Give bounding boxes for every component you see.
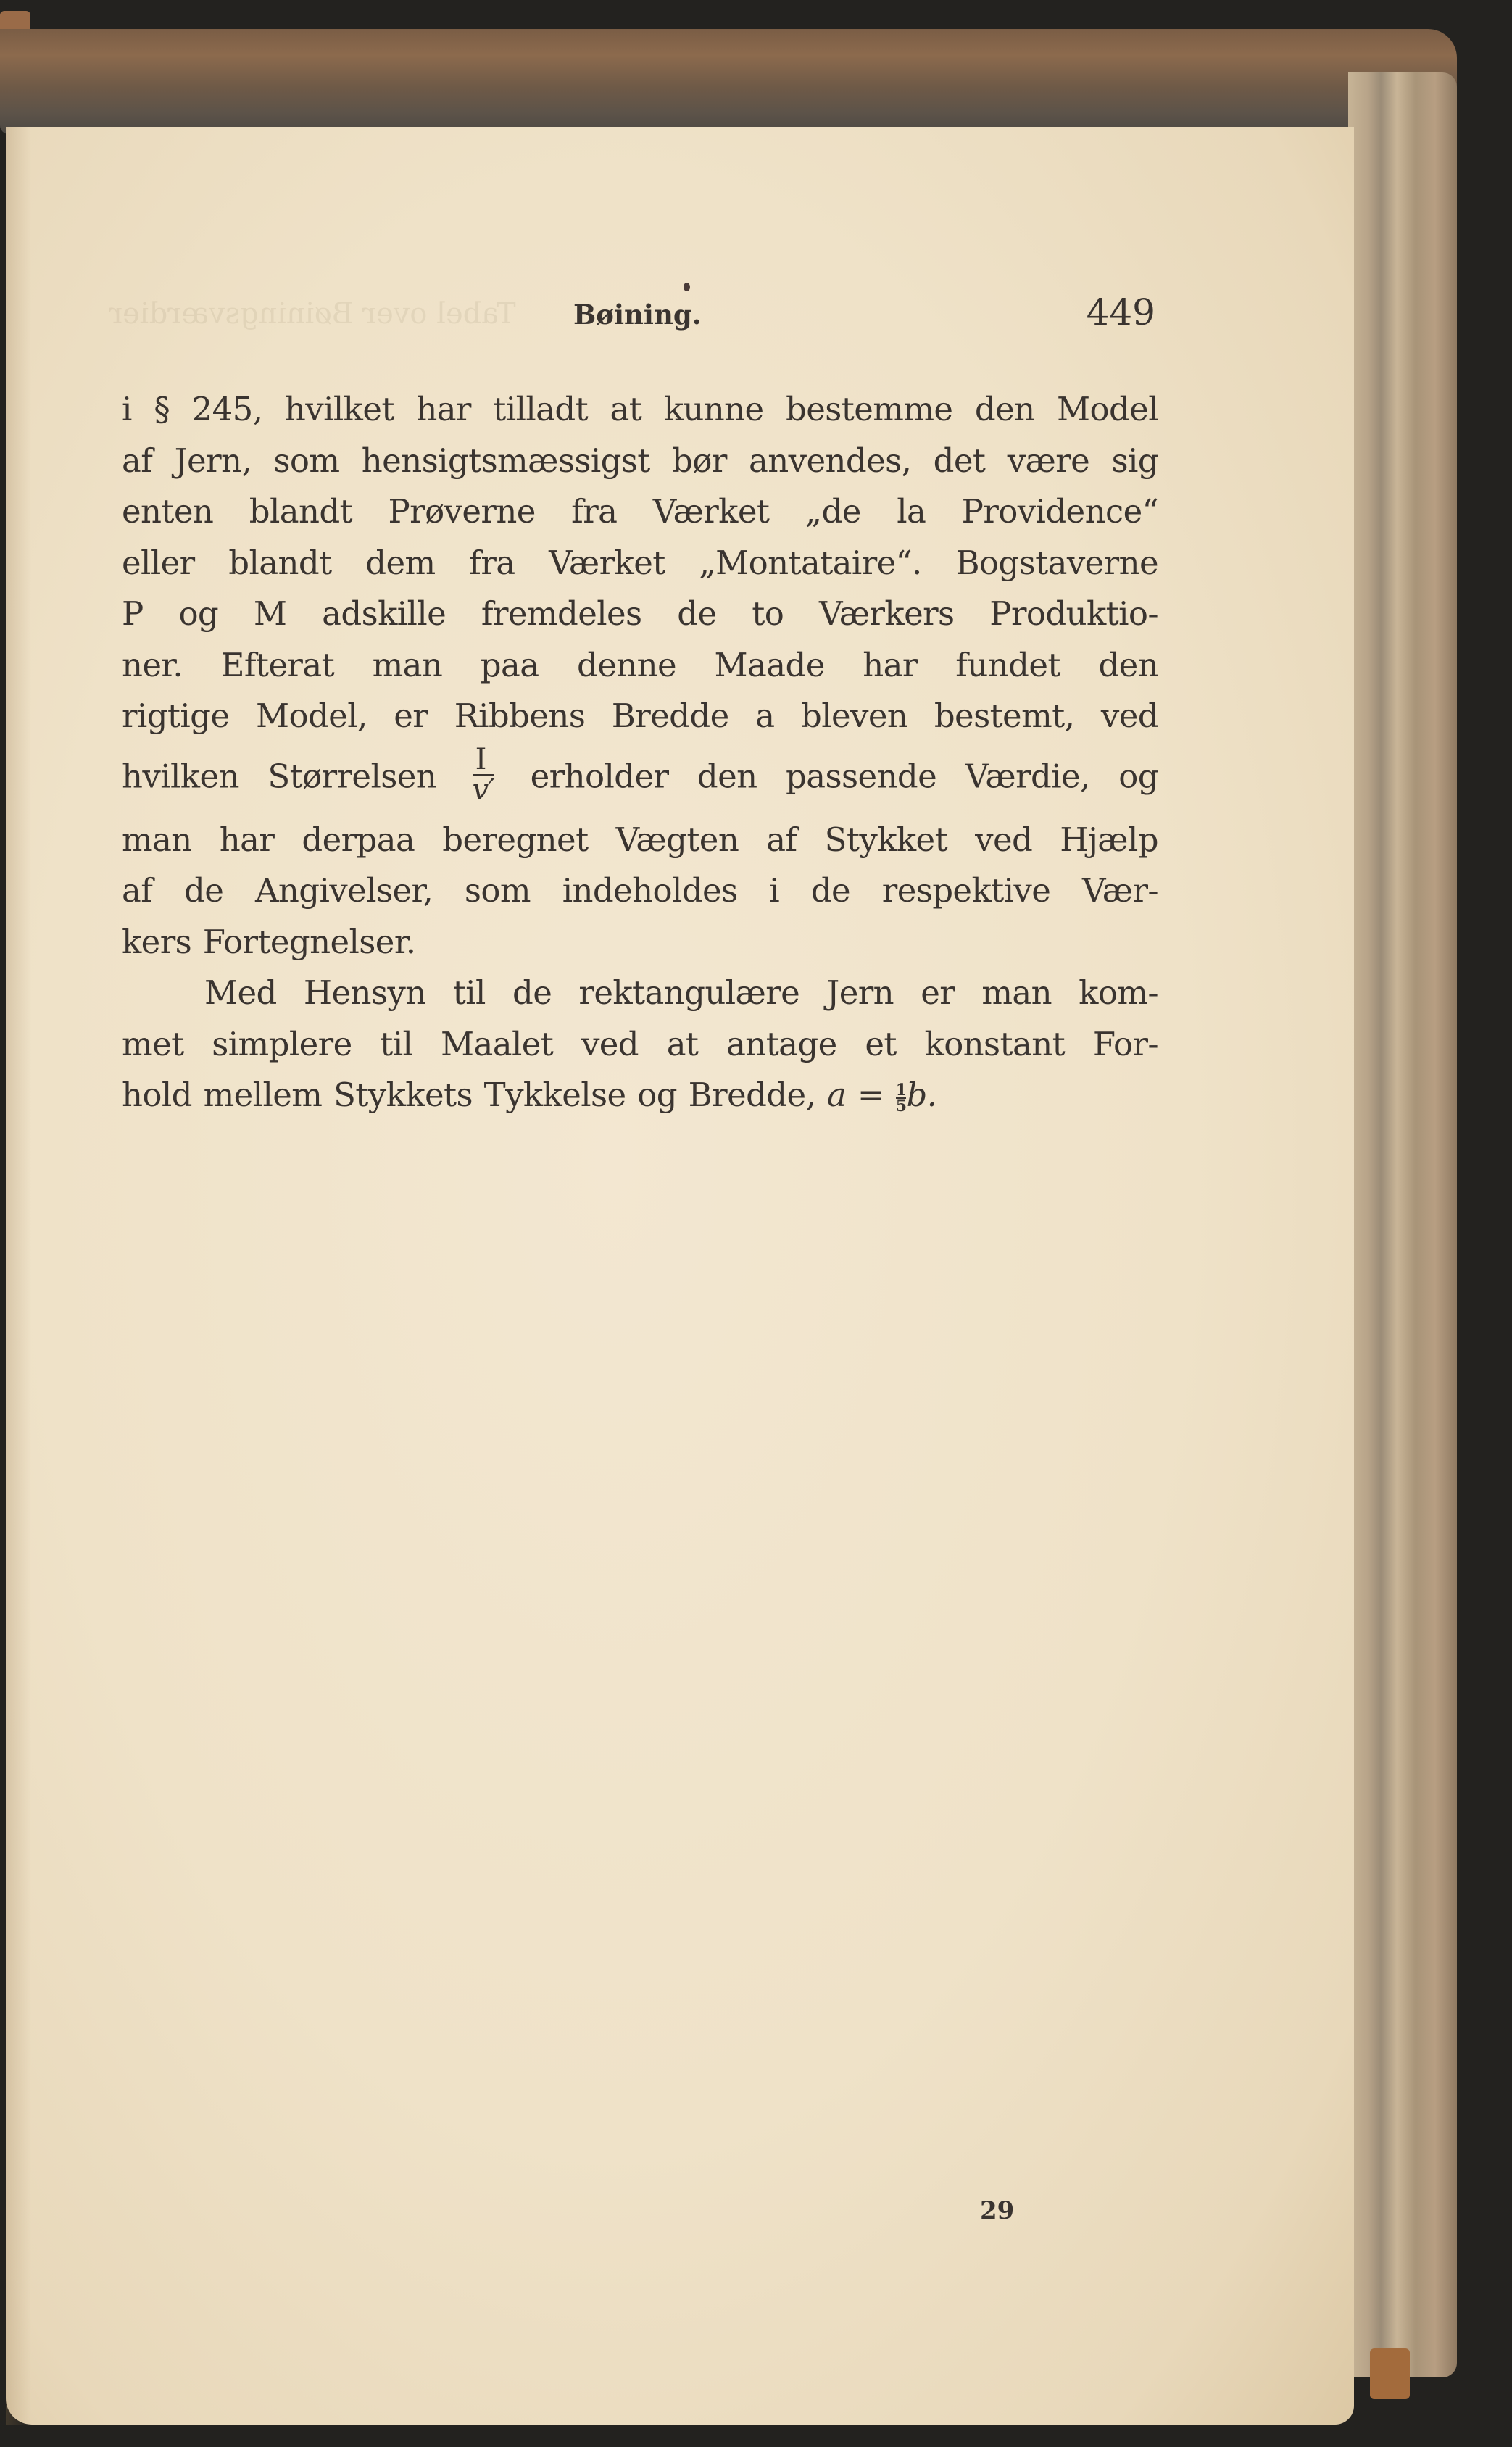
text-line: eller blandt dem fra Værket „Montataire“… — [122, 538, 1158, 589]
formula-lhs: a — [827, 1076, 846, 1114]
page-number: 449 — [1087, 291, 1155, 333]
text-line: rigtige Model, er Ribbens Bredde a bleve… — [122, 691, 1158, 742]
text-line: af Jern, som hensigtsmæssigst bør anvend… — [122, 436, 1158, 487]
text-line: ner. Efterat man paa denne Maade har fun… — [122, 640, 1158, 691]
formula-line-after: erholder den passende Værdie, og — [531, 757, 1158, 795]
final-formula-line: hold mellem Stykkets Tykkelse og Bredde,… — [122, 1070, 1158, 1121]
text-line: enten blandt Prøverne fra Værket „de la … — [122, 486, 1158, 538]
formula-line: hvilken Størrelsen I v′ erholder den pas… — [122, 749, 1158, 822]
fraction-I-over-v: I v′ — [473, 745, 494, 805]
running-head: Bøining. 449 — [122, 296, 1155, 339]
formula-rhs: b. — [906, 1076, 936, 1114]
text-line: P og M adskille fremdeles de to Værkers … — [122, 589, 1158, 640]
final-line-text: hold mellem Stykkets Tykkelse og Bredde, — [122, 1076, 815, 1114]
formula-equals: = — [857, 1076, 884, 1114]
formula-line-before: hvilken Størrelsen — [122, 757, 436, 795]
text-line: i § 245, hvilket har tilladt at kunne be… — [122, 384, 1158, 436]
fraction-denominator: 5 — [896, 1099, 907, 1113]
book-page-edges-right — [1348, 72, 1457, 2377]
text-line: af de Angivelser, som indeholdes i de re… — [122, 865, 1158, 917]
binding-corner-bottom-right — [1370, 2348, 1410, 2399]
fraction-denominator: v′ — [473, 776, 494, 805]
book-binding-top — [0, 29, 1457, 134]
fraction-numerator: I — [473, 745, 494, 776]
fraction-one-fifth: 1 5 — [896, 1083, 907, 1113]
ink-speck — [684, 283, 690, 291]
running-title: Bøining. — [573, 299, 702, 331]
signature-mark: 29 — [980, 2196, 1014, 2225]
text-line: man har derpaa beregnet Vægten af Stykke… — [122, 815, 1158, 866]
text-line: Med Hensyn til de rektangulære Jern er m… — [122, 968, 1158, 1019]
text-line: met simplere til Maalet ved at antage et… — [122, 1019, 1158, 1071]
body-text: i § 245, hvilket har tilladt at kunne be… — [122, 384, 1158, 1121]
text-line: kers Fortegnelser. — [122, 917, 1158, 968]
